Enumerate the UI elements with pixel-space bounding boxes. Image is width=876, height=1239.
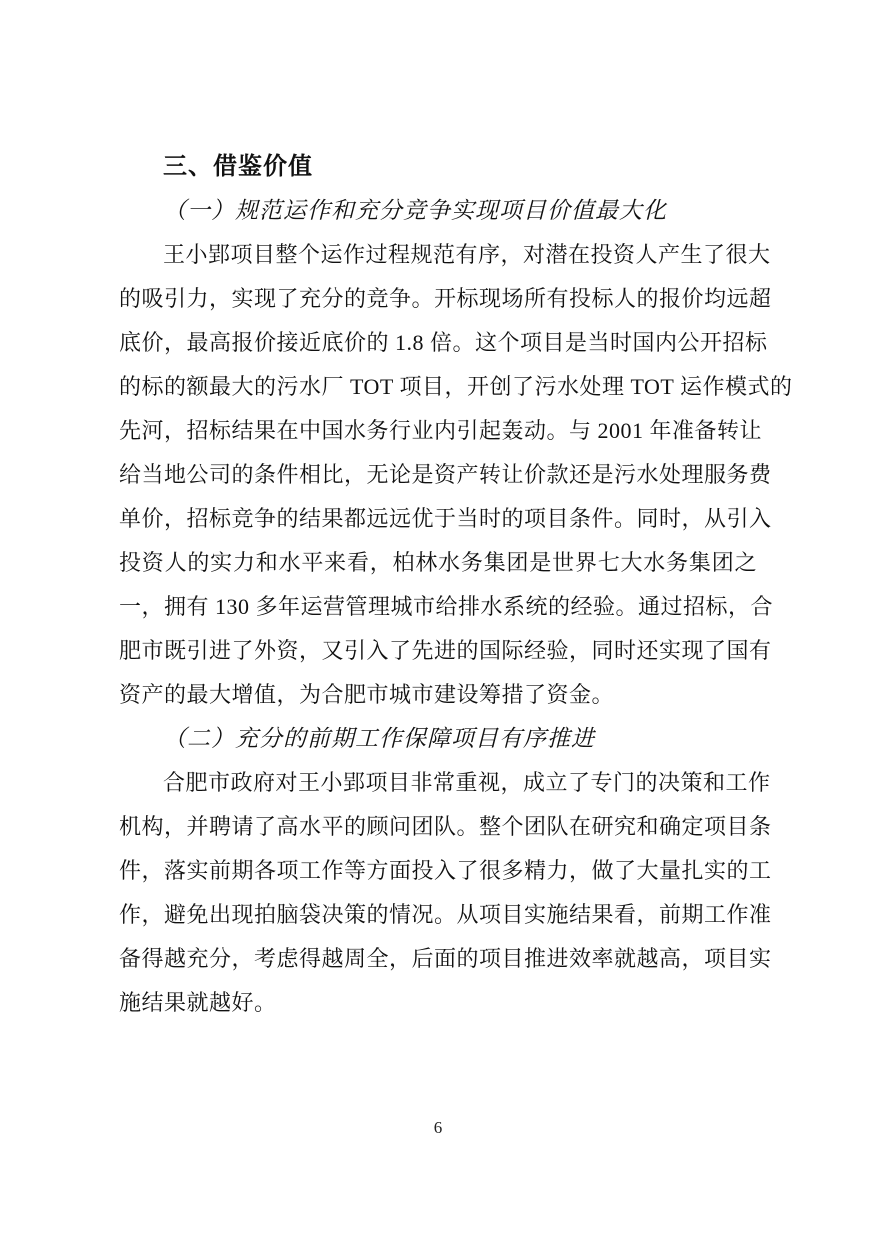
text-line: 的标的额最大的污水厂 TOT 项目，开创了污水处理 TOT 运作模式的 [119, 365, 757, 409]
text-line: 单价，招标竞争的结果都远远优于当时的项目条件。同时，从引入 [119, 497, 757, 541]
page-number: 6 [0, 1118, 876, 1138]
document-body: 三、借鉴价值 （一）规范运作和充分竞争实现项目价值最大化 王小郢项目整个运作过程… [119, 145, 757, 1025]
text-line: 施结果就越好。 [119, 981, 757, 1025]
text-line: 先河，招标结果在中国水务行业内引起轰动。与 2001 年准备转让 [119, 409, 757, 453]
text-line: 底价，最高报价接近底价的 1.8 倍。这个项目是当时国内公开招标 [119, 321, 757, 365]
text-line: 合肥市政府对王小郢项目非常重视，成立了专门的决策和工作 [119, 761, 757, 805]
text-line: 投资人的实力和水平来看，柏林水务集团是世界七大水务集团之 [119, 541, 757, 585]
text-line: 给当地公司的条件相比，无论是资产转让价款还是污水处理服务费 [119, 453, 757, 497]
text-line: 王小郢项目整个运作过程规范有序，对潜在投资人产生了很大 [119, 233, 757, 277]
text-line: 肥市既引进了外资，又引入了先进的国际经验，同时还实现了国有 [119, 629, 757, 673]
section-heading: 三、借鉴价值 [119, 145, 757, 189]
text-line: 的吸引力，实现了充分的竞争。开标现场所有投标人的报价均远超 [119, 277, 757, 321]
text-line: 机构，并聘请了高水平的顾问团队。整个团队在研究和确定项目条 [119, 805, 757, 849]
subsection-heading-1: （一）规范运作和充分竞争实现项目价值最大化 [119, 189, 757, 233]
subsection-heading-2: （二）充分的前期工作保障项目有序推进 [119, 717, 757, 761]
document-page: 三、借鉴价值 （一）规范运作和充分竞争实现项目价值最大化 王小郢项目整个运作过程… [0, 0, 876, 1239]
text-line: 一，拥有 130 多年运营管理城市给排水系统的经验。通过招标，合 [119, 585, 757, 629]
text-line: 备得越充分，考虑得越周全，后面的项目推进效率就越高，项目实 [119, 937, 757, 981]
text-line: 作，避免出现拍脑袋决策的情况。从项目实施结果看，前期工作准 [119, 893, 757, 937]
text-line: 资产的最大增值，为合肥市城市建设筹措了资金。 [119, 673, 757, 717]
text-line: 件，落实前期各项工作等方面投入了很多精力，做了大量扎实的工 [119, 849, 757, 893]
